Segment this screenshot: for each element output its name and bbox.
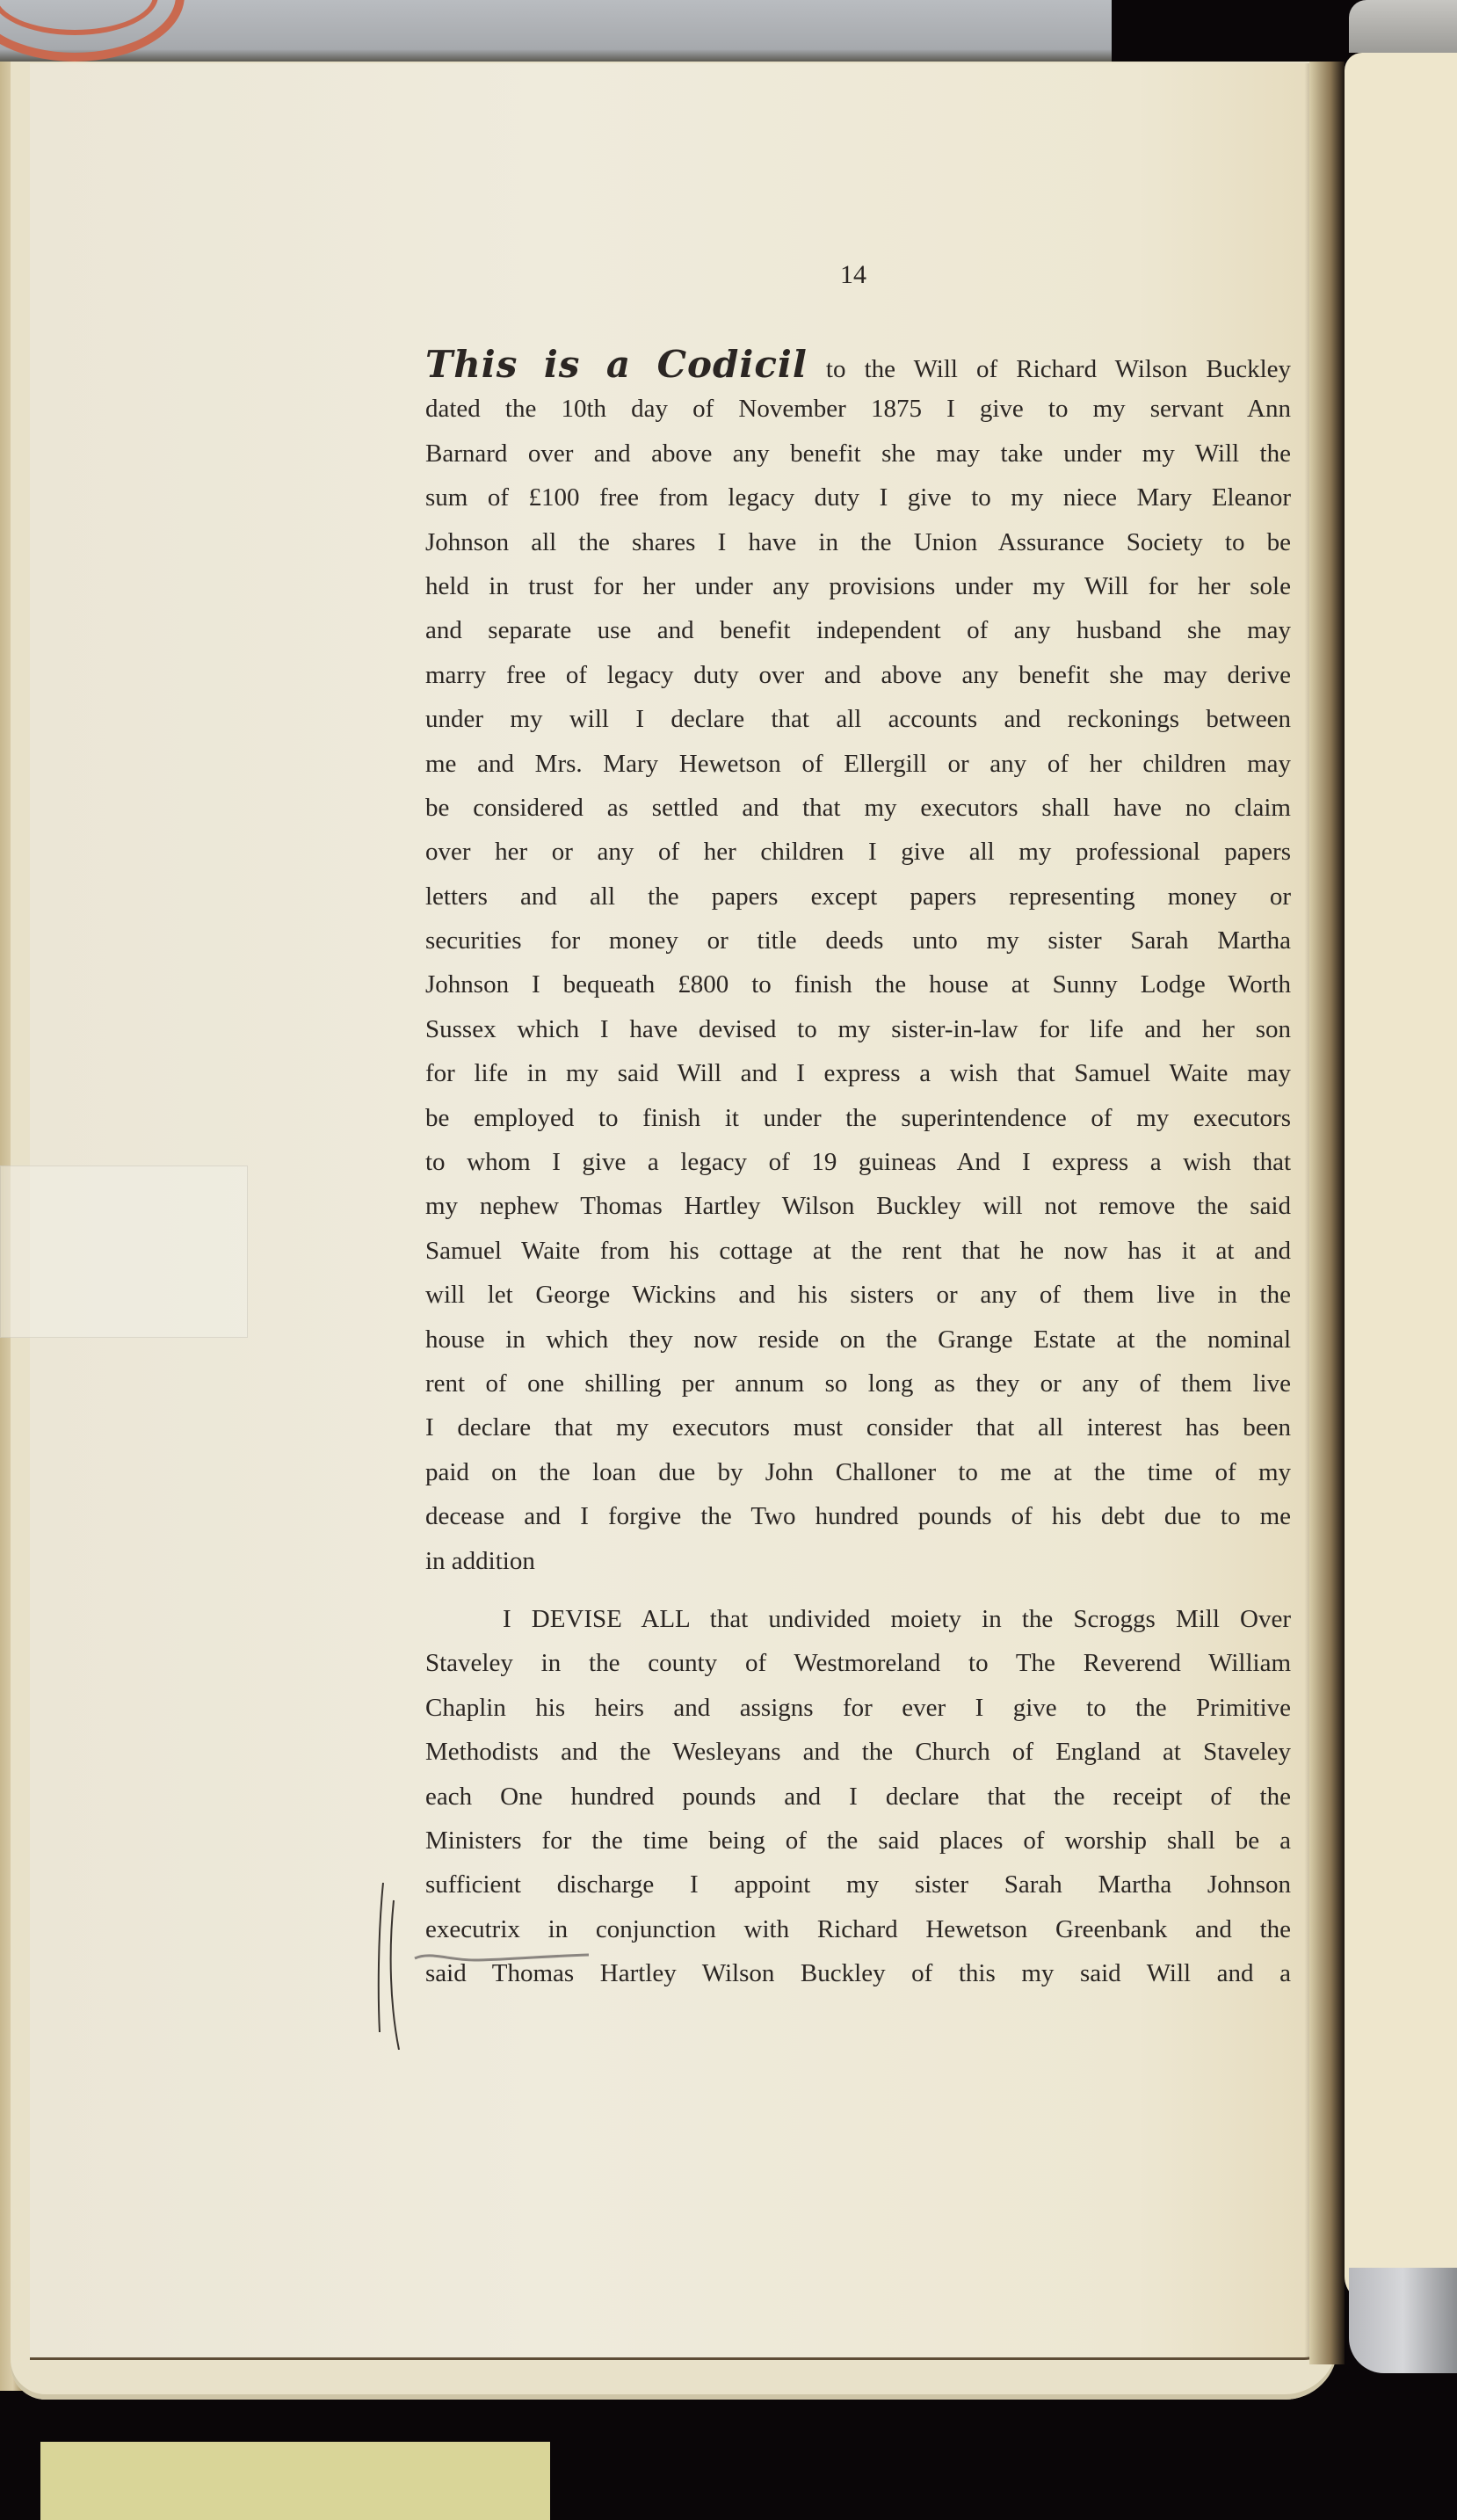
- text-line: my nephew Thomas Hartley Wilson Buckley …: [425, 1184, 1291, 1228]
- text-line: will let George Wickins and his sisters …: [425, 1273, 1291, 1317]
- text-line: marry free of legacy duty over and above…: [425, 653, 1291, 697]
- paragraph-2: I DEVISE ALL that undivided moiety in th…: [425, 1597, 1291, 1996]
- yellow-slip: [40, 2442, 550, 2520]
- text-line: each One hundred pounds and I declare th…: [425, 1775, 1291, 1819]
- paragraph-1: This is a Codicil to the Will of Richard…: [425, 343, 1291, 1583]
- text-line: I declare that my executors must conside…: [425, 1405, 1291, 1449]
- text-line: be employed to finish it under the super…: [425, 1096, 1291, 1140]
- paragraph-gap: [425, 1583, 1291, 1597]
- codicil-text: This is a Codicil to the Will of Richard…: [425, 343, 1291, 1995]
- office-stamp: ER OFFICE: [0, 0, 185, 62]
- pencil-bracket-mark: [376, 1883, 411, 2050]
- text-line: over her or any of her children I give a…: [425, 830, 1291, 874]
- text-line: dated the 10th day of November 1875 I gi…: [425, 387, 1291, 431]
- text-line: sufficient discharge I appoint my sister…: [425, 1863, 1291, 1906]
- text-line: Methodists and the Wesleyans and the Chu…: [425, 1730, 1291, 1774]
- text-line: me and Mrs. Mary Hewetson of Ellergill o…: [425, 742, 1291, 786]
- stamp-inner-ring: [0, 0, 158, 35]
- text-line: rent of one shilling per annum so long a…: [425, 1362, 1291, 1405]
- text-line: be considered as settled and that my exe…: [425, 786, 1291, 830]
- backdrop-card: ER OFFICE: [0, 0, 1112, 62]
- text-line: house in which they now reside on the Gr…: [425, 1318, 1291, 1362]
- text-line: to whom I give a legacy of 19 guineas An…: [425, 1140, 1291, 1184]
- text-line: Staveley in the county of Westmoreland t…: [425, 1641, 1291, 1685]
- gutter-shadow: [1309, 62, 1345, 2364]
- page-number: 14: [840, 260, 866, 290]
- text-line: sum of £100 free from legacy duty I give…: [425, 476, 1291, 519]
- text-line: I DEVISE ALL that undivided moiety in th…: [425, 1597, 1291, 1641]
- text-line: Barnard over and above any benefit she m…: [425, 432, 1291, 476]
- text-line: under my will I declare that all account…: [425, 697, 1291, 741]
- text-line: Ministers for the time being of the said…: [425, 1819, 1291, 1863]
- right-page-top-edge: [1349, 0, 1457, 53]
- right-page-bottom-edge: [1349, 2268, 1457, 2373]
- text-line: Sussex which I have devised to my sister…: [425, 1007, 1291, 1051]
- text-line: This is a Codicil to the Will of Richard…: [425, 343, 1291, 387]
- text-line: and separate use and benefit independent…: [425, 608, 1291, 652]
- text-line: Samuel Waite from his cottage at the ren…: [425, 1229, 1291, 1273]
- text-line: securities for money or title deeds unto…: [425, 919, 1291, 962]
- right-page: [1345, 53, 1457, 2303]
- codicil-heading: This is a Codicil: [425, 343, 808, 386]
- tape-patch: [0, 1166, 248, 1338]
- text-line: Johnson all the shares I have in the Uni…: [425, 520, 1291, 564]
- text-line: for life in my said Will and I express a…: [425, 1051, 1291, 1095]
- pencil-underline-mark: [413, 1951, 589, 1969]
- text-line: held in trust for her under any provisio…: [425, 564, 1291, 608]
- text-line: in addition: [425, 1539, 1291, 1583]
- text-line: Chaplin his heirs and assigns for ever I…: [425, 1686, 1291, 1730]
- text-line: Johnson I bequeath £800 to finish the ho…: [425, 962, 1291, 1006]
- text-line: letters and all the papers except papers…: [425, 875, 1291, 919]
- text-line: executrix in conjunction with Richard He…: [425, 1907, 1291, 1951]
- text-line: paid on the loan due by John Challoner t…: [425, 1450, 1291, 1494]
- text-line: decease and I forgive the Two hundred po…: [425, 1494, 1291, 1538]
